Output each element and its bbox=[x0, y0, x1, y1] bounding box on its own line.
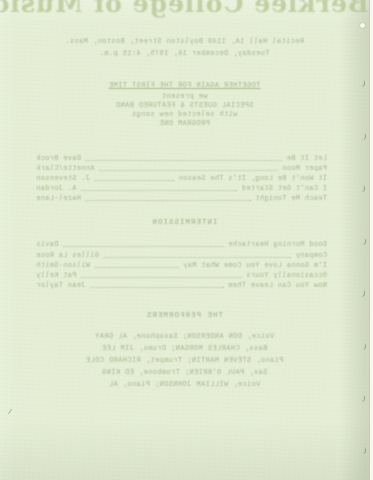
song-performer: Wilson-Smith bbox=[36, 262, 90, 270]
performer-line: Voice, DON ANDERSON; Saxophone, AL GRAY bbox=[0, 333, 369, 341]
song-performer: J. Stevenson bbox=[36, 175, 90, 183]
program-row: Let It Be Dave Brock bbox=[36, 155, 327, 163]
dot-leader bbox=[90, 287, 224, 288]
title-subline-4: PROGRAM ONE bbox=[0, 120, 369, 128]
song-performer: Davis bbox=[36, 241, 59, 249]
scanned-page: Berklee College of Music Recital Hall 1A… bbox=[0, 0, 373, 480]
dot-leader bbox=[85, 160, 282, 161]
song-title: I'm Gonna Love You Come What May bbox=[183, 262, 327, 270]
title-subline-1: we present bbox=[0, 93, 369, 101]
performer-line: Piano, STEVEN MARTIN; Trumpet, RICHARD C… bbox=[0, 357, 369, 365]
program-title-line: TOGETHER AGAIN FOR THE FIRST TIME bbox=[0, 82, 369, 90]
intermission-heading: INTERMISSION bbox=[0, 219, 369, 227]
song-title: I Can't Get Started bbox=[241, 185, 327, 193]
dot-leader bbox=[103, 257, 291, 258]
song-performer: Pat Kelly bbox=[36, 272, 77, 280]
dot-leader bbox=[81, 190, 238, 191]
program-row: I Can't Get Started A. Jordan bbox=[36, 185, 327, 193]
song-performer: Annette/Clark bbox=[36, 165, 95, 173]
song-title: Company bbox=[295, 252, 327, 260]
program-row: Occasionally Yours Pat Kelly bbox=[36, 272, 327, 280]
song-title: Good Morning Heartache bbox=[228, 241, 327, 249]
program-row: Paper Moon Annette/Clark bbox=[36, 165, 327, 173]
masthead-berklee-college-of-music: Berklee College of Music bbox=[0, 0, 369, 18]
title-subline-3: with selected new songs bbox=[0, 111, 369, 119]
venue-line: Recital Hall 1A, 1140 Boylston Street, B… bbox=[0, 38, 369, 46]
program-row: Good Morning Heartache Davis bbox=[36, 241, 327, 249]
song-performer: Jean Taylor bbox=[36, 282, 86, 290]
paper-sheet: Berklee College of Music Recital Hall 1A… bbox=[0, 0, 370, 480]
dot-leader bbox=[85, 200, 251, 201]
mirrored-bleed-through-layer: Berklee College of Music Recital Hall 1A… bbox=[0, 0, 369, 480]
song-performer: Dave Brock bbox=[36, 155, 81, 163]
performers-heading: THE PERFORMERS bbox=[0, 312, 369, 320]
song-title: Occasionally Yours bbox=[246, 272, 327, 280]
song-performer: Hazel-Lane bbox=[36, 195, 81, 203]
dot-leader bbox=[63, 246, 224, 247]
song-performer: A. Jordan bbox=[36, 185, 77, 193]
song-title: Paper Moon bbox=[282, 165, 327, 173]
song-title: Now You Can Leave Them bbox=[228, 282, 327, 290]
punch-hole bbox=[360, 23, 365, 28]
program-row: I'm Gonna Love You Come What May Wilson-… bbox=[36, 262, 327, 270]
song-title: It Won't Be Long, It's The Season bbox=[178, 175, 327, 183]
program-row: It Won't Be Long, It's The Season J. Ste… bbox=[36, 175, 327, 183]
dot-leader bbox=[81, 277, 242, 278]
performer-line: Bass, CHARLES MORGAN; Drums, JIM LEE bbox=[0, 345, 369, 353]
song-title: Let It Be bbox=[286, 155, 327, 163]
program-row: Now You Can Leave Them Jean Taylor bbox=[36, 282, 327, 290]
performer-line: Sax, PAUL O'BRIEN; Trombone, ED KING bbox=[0, 369, 369, 377]
dot-leader bbox=[99, 170, 278, 171]
dot-leader bbox=[94, 267, 179, 268]
song-title: Teach Me Tonight bbox=[255, 195, 327, 203]
title-subline-2: SPECIAL GUESTS & FEATURED BAND bbox=[0, 102, 369, 110]
performer-line: Voice, WILLIAM JOHNSON; Piano, AL bbox=[0, 381, 369, 389]
song-performer: Gilles La Rose bbox=[36, 252, 99, 260]
program-row: Company Gilles La Rose bbox=[36, 252, 327, 260]
program-row: Teach Me Tonight Hazel-Lane bbox=[36, 195, 327, 203]
dot-leader bbox=[94, 180, 174, 181]
date-line: Tuesday, December 16, 1975, 4:15 p.m. bbox=[0, 50, 369, 58]
